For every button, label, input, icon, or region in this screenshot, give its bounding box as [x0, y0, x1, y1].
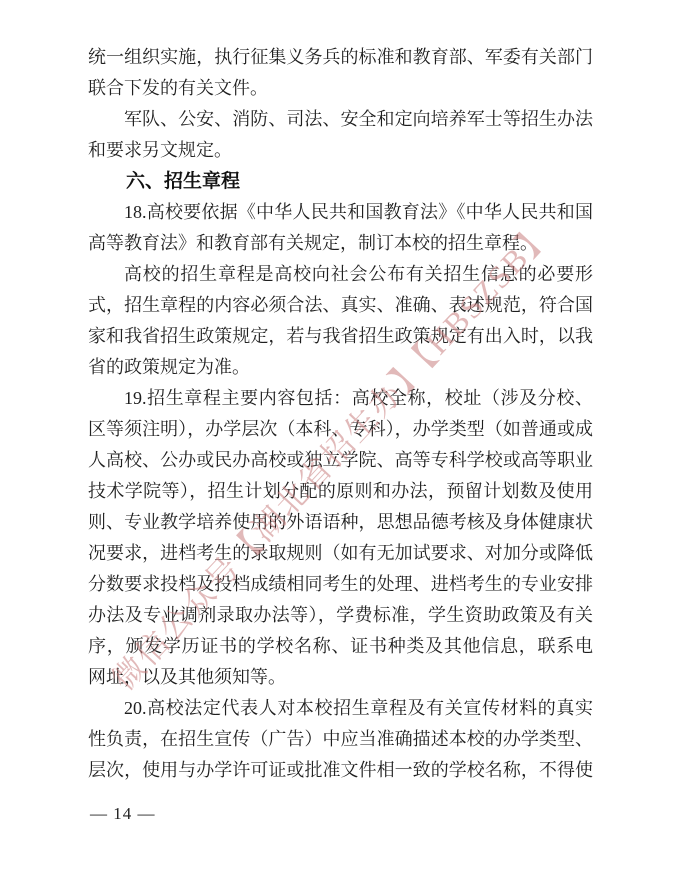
text-line: 层次，使用与办学许可证或批准文件相一致的学校名称，不得使	[88, 755, 593, 786]
text-line: 统一组织实施，执行征集义务兵的标准和教育部、军委有关部门	[88, 42, 593, 73]
text-line: 20.高校法定代表人对本校招生章程及有关宣传材料的真实	[88, 693, 593, 724]
text-line: 19.招生章程主要内容包括：高校全称，校址（涉及分校、校	[88, 383, 593, 414]
document-body: 统一组织实施，执行征集义务兵的标准和教育部、军委有关部门联合下发的有关文件。军队…	[88, 42, 593, 786]
document-page: 微信公众号【湖北省招生办】【HBSZSB】 统一组织实施，执行征集义务兵的标准和…	[0, 0, 680, 872]
text-line: 军队、公安、消防、司法、安全和定向培养军士等招生办法	[88, 104, 593, 135]
text-line: 区等须注明），办学层次（本科、专科），办学类型（如普通或成	[88, 414, 593, 445]
section-heading: 六、招生章程	[88, 166, 593, 197]
text-line: 网址，以及其他须知等。	[88, 662, 593, 693]
text-line: 况要求，进档考生的录取规则（如有无加试要求、对加分或降低	[88, 538, 593, 569]
text-line: 技术学院等），招生计划分配的原则和办法，预留计划数及使用原	[88, 476, 593, 507]
text-line: 高等教育法》和教育部有关规定，制订本校的招生章程。	[88, 228, 593, 259]
text-line: 联合下发的有关文件。	[88, 73, 593, 104]
text-line: 省的政策规定为准。	[88, 352, 593, 383]
page-footer: — 14 —	[90, 804, 156, 824]
page-number: — 14 —	[90, 804, 156, 823]
text-line: 则、专业教学培养使用的外语语种，思想品德考核及身体健康状	[88, 507, 593, 538]
text-line: 家和我省招生政策规定，若与我省招生政策规定有出入时，以我	[88, 321, 593, 352]
text-line: 序，颁发学历证书的学校名称、证书种类及其他信息，联系电话、	[88, 631, 593, 662]
text-line: 18.高校要依据《中华人民共和国教育法》《中华人民共和国	[88, 197, 593, 228]
text-line: 和要求另文规定。	[88, 135, 593, 166]
text-line: 办法及专业调剂录取办法等），学费标准，学生资助政策及有关程	[88, 600, 593, 631]
text-line: 人高校、公办或民办高校或独立学院、高等专科学校或高等职业	[88, 445, 593, 476]
text-line: 高校的招生章程是高校向社会公布有关招生信息的必要形	[88, 259, 593, 290]
text-line: 分数要求投档及投档成绩相同考生的处理、进档考生的专业安排	[88, 569, 593, 600]
text-line: 式，招生章程的内容必须合法、真实、准确、表述规范，符合国	[88, 290, 593, 321]
text-line: 性负责，在招生宣传（广告）中应当准确描述本校的办学类型、	[88, 724, 593, 755]
